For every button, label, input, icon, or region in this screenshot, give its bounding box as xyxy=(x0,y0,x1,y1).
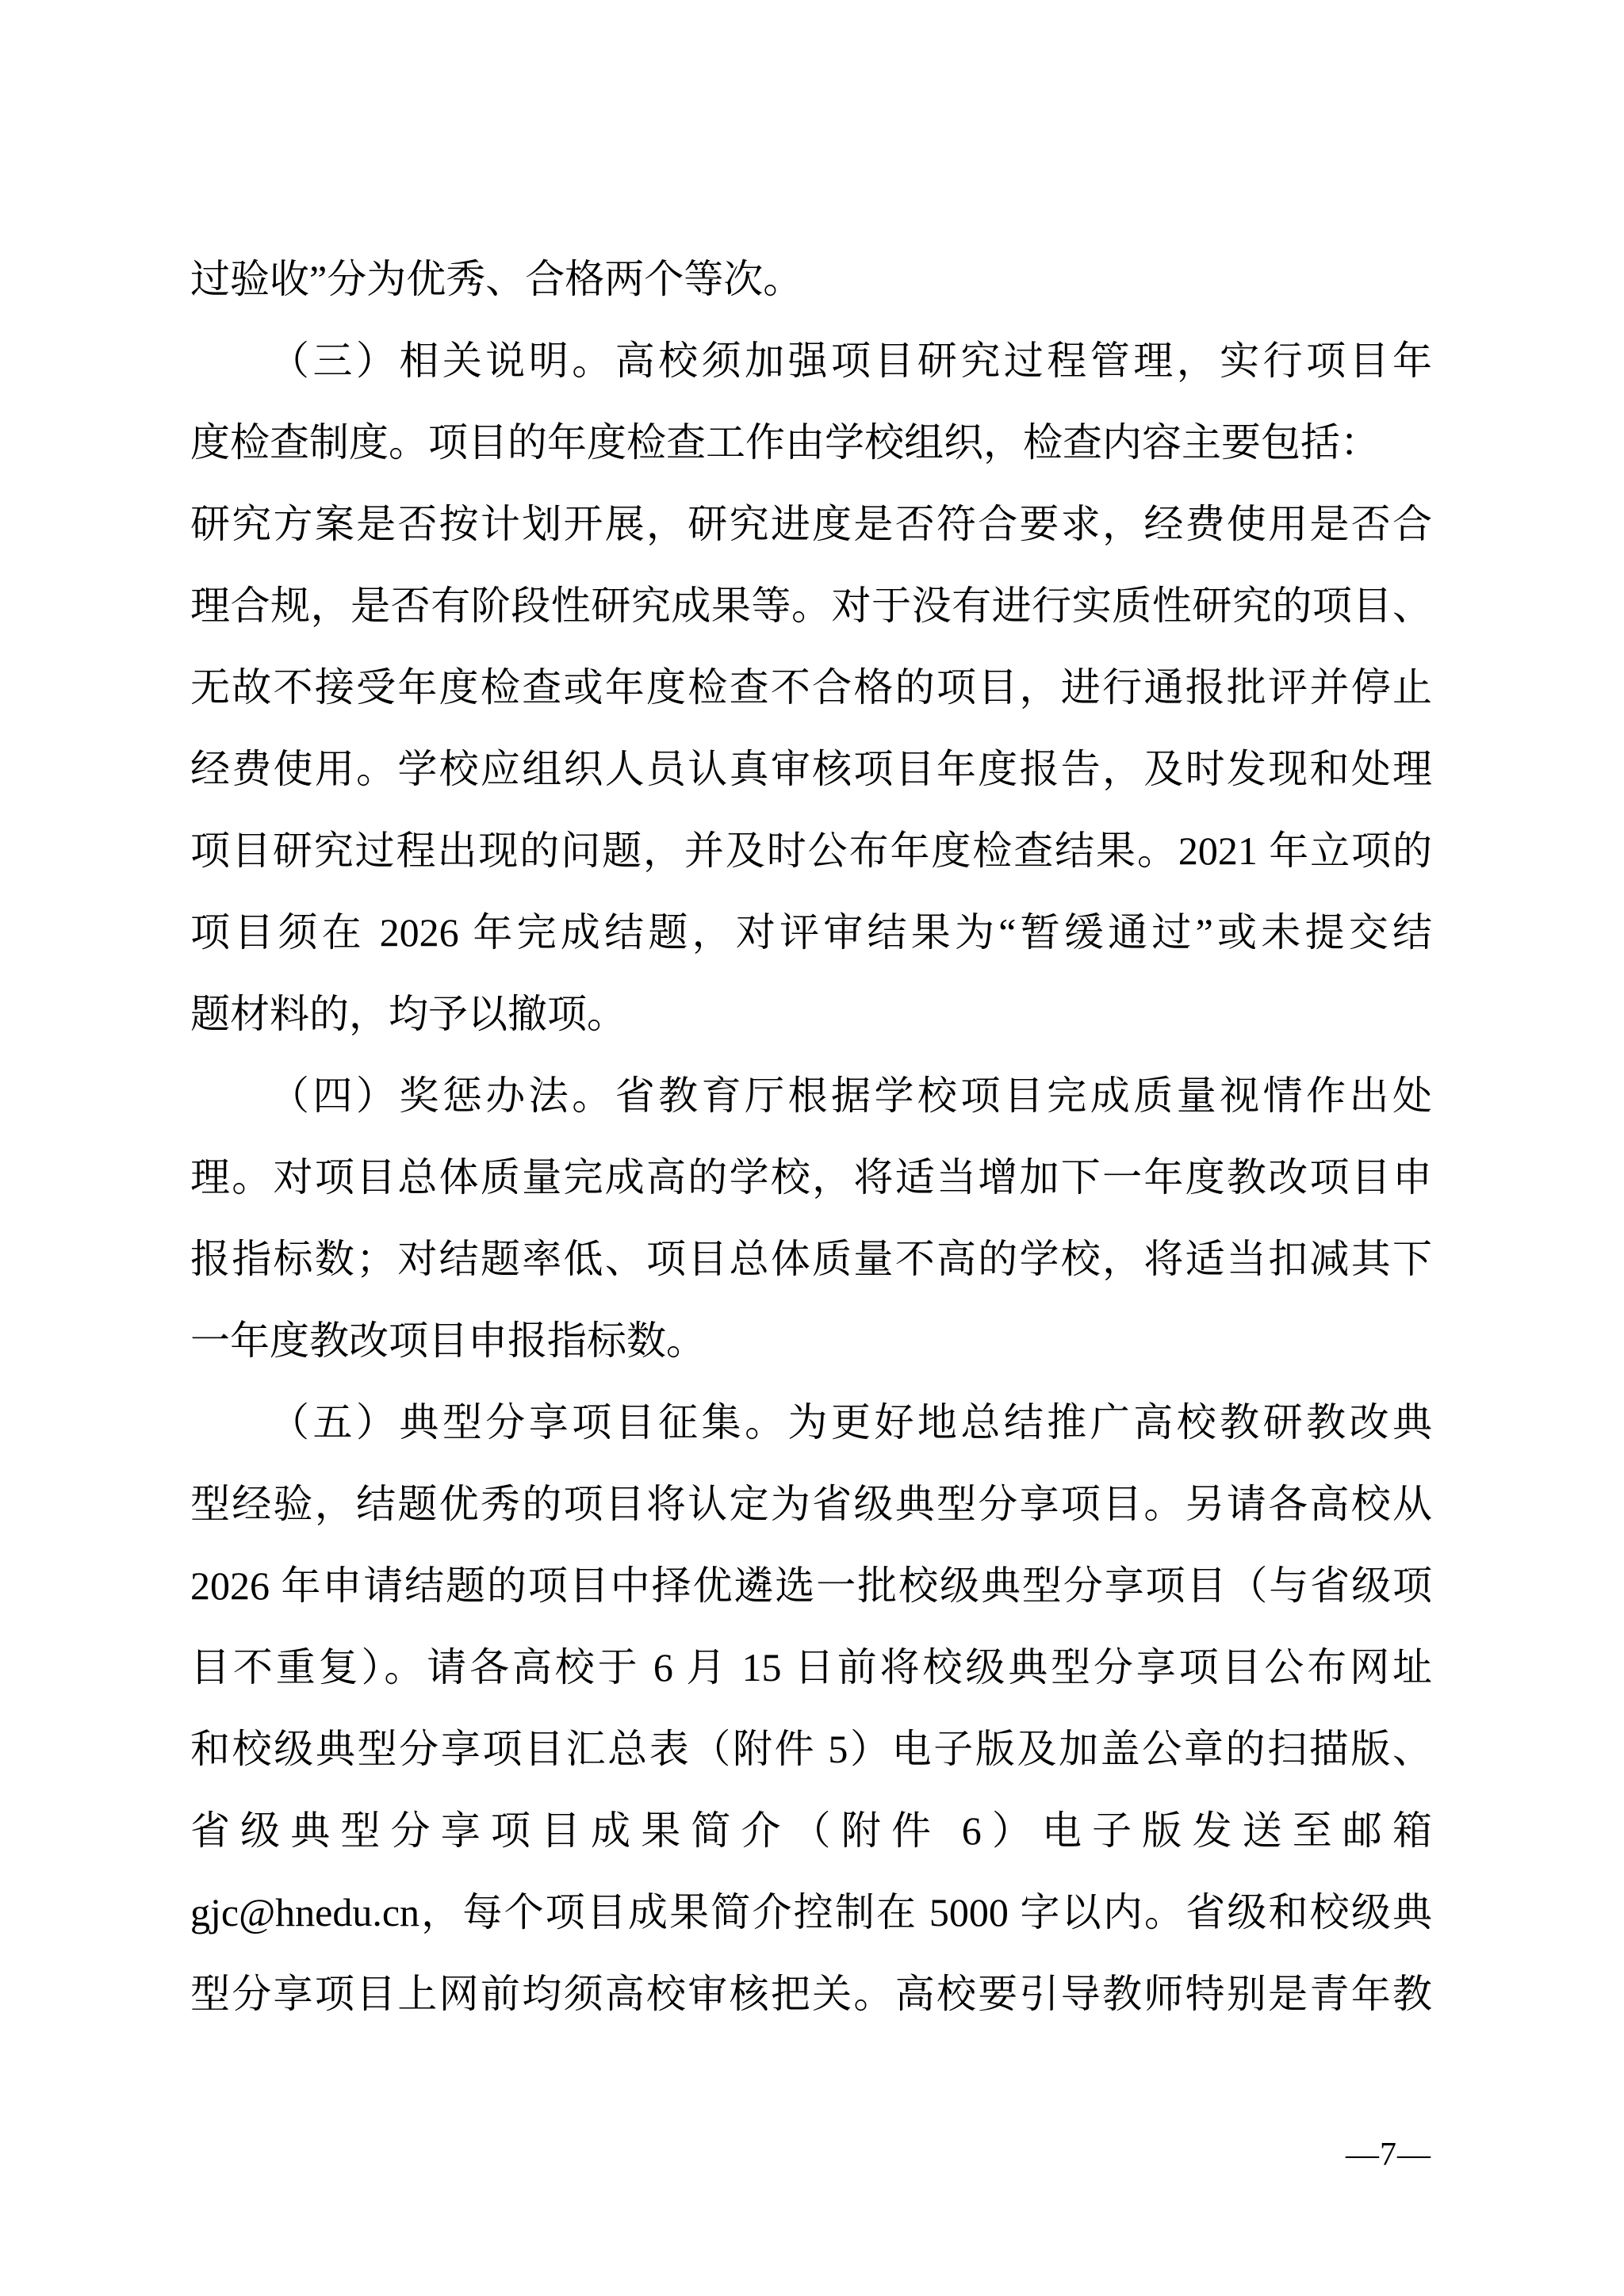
doc-line: 项目须在 2026 年完成结题，对评审结果为“暂缓通过”或未提交结 xyxy=(190,892,1432,974)
doc-line: 和校级典型分享项目汇总表（附件 5）电子版及加盖公章的扫描版、 xyxy=(190,1709,1432,1790)
doc-line: 型经验，结题优秀的项目将认定为省级典型分享项目。另请各高校从 xyxy=(190,1464,1432,1545)
doc-line: （三）相关说明。高校须加强项目研究过程管理，实行项目年 xyxy=(190,320,1432,402)
document-body: 过验收”分为优秀、合格两个等次。 （三）相关说明。高校须加强项目研究过程管理，实… xyxy=(190,239,1432,2035)
doc-line: 理合规，是否有阶段性研究成果等。对于没有进行实质性研究的项目、 xyxy=(190,565,1432,647)
doc-line: 研究方案是否按计划开展，研究进度是否符合要求，经费使用是否合 xyxy=(190,484,1432,565)
doc-line: gjc@hnedu.cn，每个项目成果简介控制在 5000 字以内。省级和校级典 xyxy=(190,1872,1432,1954)
doc-line: 过验收”分为优秀、合格两个等次。 xyxy=(190,239,1432,320)
doc-line: 报指标数；对结题率低、项目总体质量不高的学校，将适当扣减其下 xyxy=(190,1219,1432,1300)
doc-line: 2026 年申请结题的项目中择优遴选一批校级典型分享项目（与省级项 xyxy=(190,1545,1432,1627)
doc-line: 目不重复）。请各高校于 6 月 15 日前将校级典型分享项目公布网址 xyxy=(190,1627,1432,1709)
doc-line: 理。对项目总体质量完成高的学校，将适当增加下一年度教改项目申 xyxy=(190,1137,1432,1219)
page-number: —7— xyxy=(1346,2135,1431,2175)
doc-line: 题材料的，均予以撤项。 xyxy=(190,974,1432,1055)
doc-line: （五）典型分享项目征集。为更好地总结推广高校教研教改典 xyxy=(190,1382,1432,1464)
doc-line: （四）奖惩办法。省教育厅根据学校项目完成质量视情作出处 xyxy=(190,1055,1432,1137)
doc-line: 经费使用。学校应组织人员认真审核项目年度报告，及时发现和处理 xyxy=(190,729,1432,810)
doc-line: 度检查制度。项目的年度检查工作由学校组织，检查内容主要包括： xyxy=(190,402,1432,484)
doc-line: 省级典型分享项目成果简介（附件 6）电子版发送至邮箱 xyxy=(190,1790,1432,1872)
doc-line: 一年度教改项目申报指标数。 xyxy=(190,1300,1432,1382)
doc-line: 无故不接受年度检查或年度检查不合格的项目，进行通报批评并停止 xyxy=(190,647,1432,729)
document-page: 过验收”分为优秀、合格两个等次。 （三）相关说明。高校须加强项目研究过程管理，实… xyxy=(0,0,1624,2296)
doc-line: 型分享项目上网前均须高校审核把关。高校要引导教师特别是青年教 xyxy=(190,1954,1432,2035)
doc-line: 项目研究过程出现的问题，并及时公布年度检查结果。2021 年立项的 xyxy=(190,810,1432,892)
